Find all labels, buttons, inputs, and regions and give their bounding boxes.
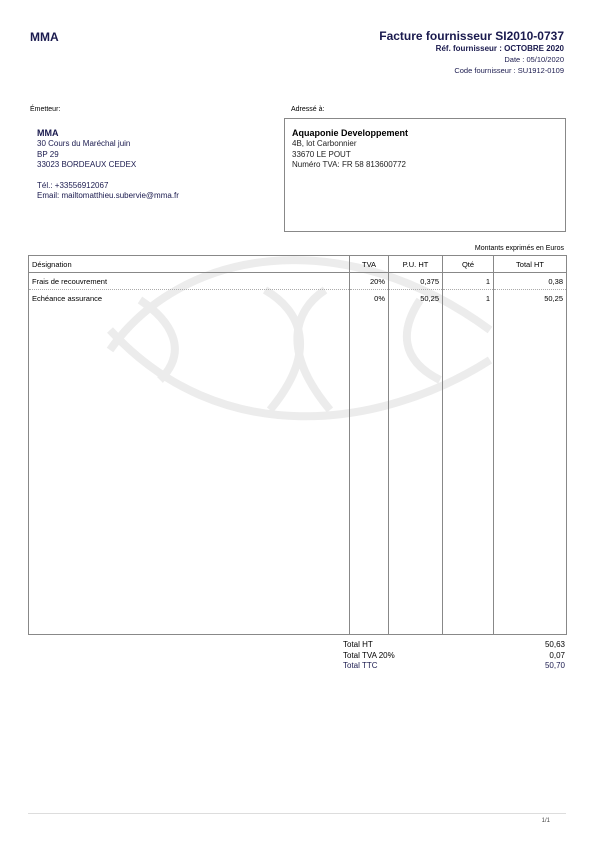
col-unit-price: P.U. HT [389, 256, 443, 273]
cell-designation: Echéance assurance [29, 290, 350, 307]
invoice-lines-table: Désignation TVA P.U. HT Qté Total HT Fra… [28, 255, 567, 635]
recipient-name: Aquaponie Developpement [292, 128, 408, 139]
totals-block: Total HT 50,63 Total TVA 20% 0,07 Total … [343, 640, 565, 672]
cell-quantity: 1 [443, 290, 494, 307]
recipient-vat: Numéro TVA: FR 58 813600772 [292, 160, 408, 171]
cell-quantity: 1 [443, 273, 494, 290]
company-brand: MMA [30, 30, 59, 44]
total-ht-value: 50,63 [545, 640, 565, 651]
currency-note: Montants exprimés en Euros [475, 245, 564, 252]
sender-name: MMA [37, 128, 179, 139]
total-vat-row: Total TVA 20% 0,07 [343, 651, 565, 662]
cell-unit-price: 0,375 [389, 273, 443, 290]
total-vat-label: Total TVA 20% [343, 651, 395, 662]
total-ttc-label: Total TTC [343, 661, 378, 672]
sender-block: MMA 30 Cours du Maréchal juin BP 29 3302… [37, 128, 179, 202]
total-ht-row: Total HT 50,63 [343, 640, 565, 651]
col-vat: TVA [350, 256, 389, 273]
page-number: 1/1 [542, 818, 550, 824]
total-ttc-row: Total TTC 50,70 [343, 661, 565, 672]
col-total-ht: Total HT [494, 256, 567, 273]
cell-unit-price: 50,25 [389, 290, 443, 307]
cell-vat: 0% [350, 290, 389, 307]
supplier-code: Code fournisseur : SU1912-0109 [379, 65, 564, 76]
total-ht-label: Total HT [343, 640, 373, 651]
recipient-label: Adressé à: [291, 106, 324, 113]
supplier-reference: Réf. fournisseur : OCTOBRE 2020 [379, 43, 564, 54]
recipient-address-line: 4B, lot Carbonnier [292, 139, 408, 150]
cell-vat: 20% [350, 273, 389, 290]
table-row: Frais de recouvrement 20% 0,375 1 0,38 [29, 273, 567, 290]
invoice-date: Date : 05/10/2020 [379, 54, 564, 65]
cell-designation: Frais de recouvrement [29, 273, 350, 290]
recipient-address-line: 33670 LE POUT [292, 150, 408, 161]
invoice-title-block: Facture fournisseur SI2010-0737 Réf. fou… [379, 29, 564, 76]
footer-divider [28, 813, 566, 814]
sender-address-line: 33023 BORDEAUX CEDEX [37, 160, 179, 171]
sender-address-line: BP 29 [37, 150, 179, 161]
total-vat-value: 0,07 [549, 651, 565, 662]
total-ttc-value: 50,70 [545, 661, 565, 672]
recipient-block: Aquaponie Developpement 4B, lot Carbonni… [292, 128, 408, 171]
col-quantity: Qté [443, 256, 494, 273]
cell-total-ht: 0,38 [494, 273, 567, 290]
table-row: Echéance assurance 0% 50,25 1 50,25 [29, 290, 567, 307]
col-designation: Désignation [29, 256, 350, 273]
sender-label: Émetteur: [30, 106, 60, 113]
table-header-row: Désignation TVA P.U. HT Qté Total HT [29, 256, 567, 273]
cell-total-ht: 50,25 [494, 290, 567, 307]
sender-phone: Tél.: +33556912067 [37, 181, 179, 192]
sender-address-line: 30 Cours du Maréchal juin [37, 139, 179, 150]
sender-email: Email: mailtomatthieu.subervie@mma.fr [37, 191, 179, 202]
invoice-title: Facture fournisseur SI2010-0737 [379, 29, 564, 43]
table-filler-row [29, 306, 567, 635]
